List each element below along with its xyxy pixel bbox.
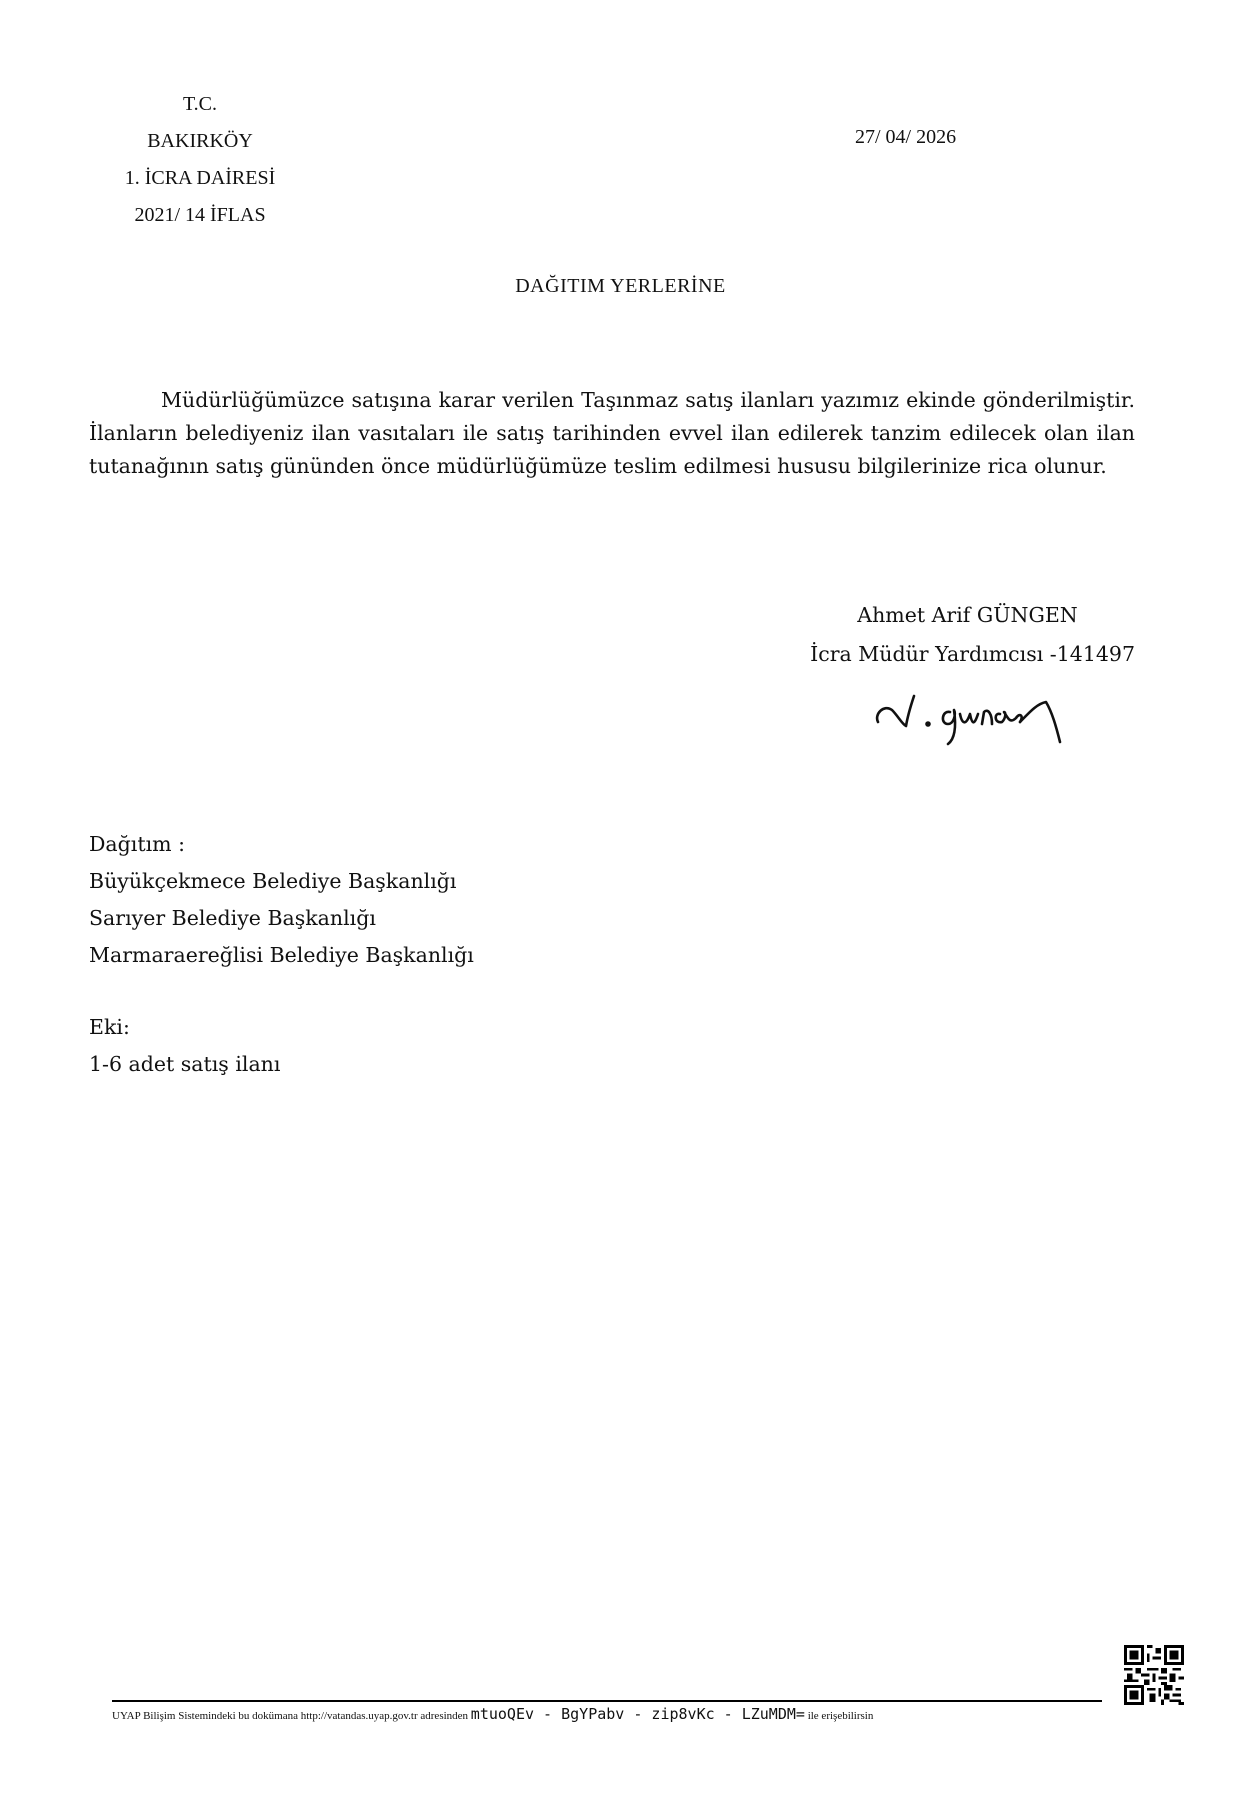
attachment-block: Eki: 1-6 adet satış ilanı <box>89 1009 280 1083</box>
attachment-label: Eki: <box>89 1009 280 1046</box>
distribution-item: Marmaraereğlisi Belediye Başkanlığı <box>89 937 474 974</box>
distribution-list: Dağıtım : Büyükçekmece Belediye Başkanlı… <box>89 826 474 974</box>
distribution-item: Büyükçekmece Belediye Başkanlığı <box>89 863 474 900</box>
header-line: 2021/ 14 İFLAS <box>80 197 320 234</box>
footer-divider <box>112 1700 1102 1702</box>
header-line: T.C. <box>80 86 320 123</box>
footer-prefix: UYAP Bilişim Sistemindeki bu dokümana ht… <box>112 1710 468 1722</box>
distribution-item: Sarıyer Belediye Başkanlığı <box>89 900 474 937</box>
document-title: DAĞITIM YERLERİNE <box>0 275 1241 298</box>
distribution-label: Dağıtım : <box>89 826 474 863</box>
office-header: T.C. BAKIRKÖY 1. İCRA DAİRESİ 2021/ 14 İ… <box>80 86 320 234</box>
header-line: 1. İCRA DAİRESİ <box>80 160 320 197</box>
attachment-text: 1-6 adet satış ilanı <box>89 1046 280 1083</box>
body-text: Müdürlüğümüzce satışına karar verilen Ta… <box>89 384 1135 483</box>
qr-code-icon <box>1124 1645 1184 1705</box>
header-line: BAKIRKÖY <box>80 123 320 160</box>
body-paragraph: Müdürlüğümüzce satışına karar verilen Ta… <box>89 384 1135 483</box>
handwritten-signature-icon <box>870 684 1090 754</box>
signer-role: İcra Müdür Yardımcısı -141497 <box>760 635 1135 674</box>
signer-name: Ahmet Arif GÜNGEN <box>760 596 1135 635</box>
signature-block: Ahmet Arif GÜNGEN İcra Müdür Yardımcısı … <box>760 596 1135 674</box>
verification-code: mtuoQEv - BgYPabv - zip8vKc - LZuMDM= <box>471 1705 805 1723</box>
footer-verification: UYAP Bilişim Sistemindeki bu dokümana ht… <box>112 1705 873 1723</box>
document-date: 27/ 04/ 2026 <box>855 126 956 149</box>
footer-suffix: ile erişebilirsin <box>808 1710 874 1722</box>
